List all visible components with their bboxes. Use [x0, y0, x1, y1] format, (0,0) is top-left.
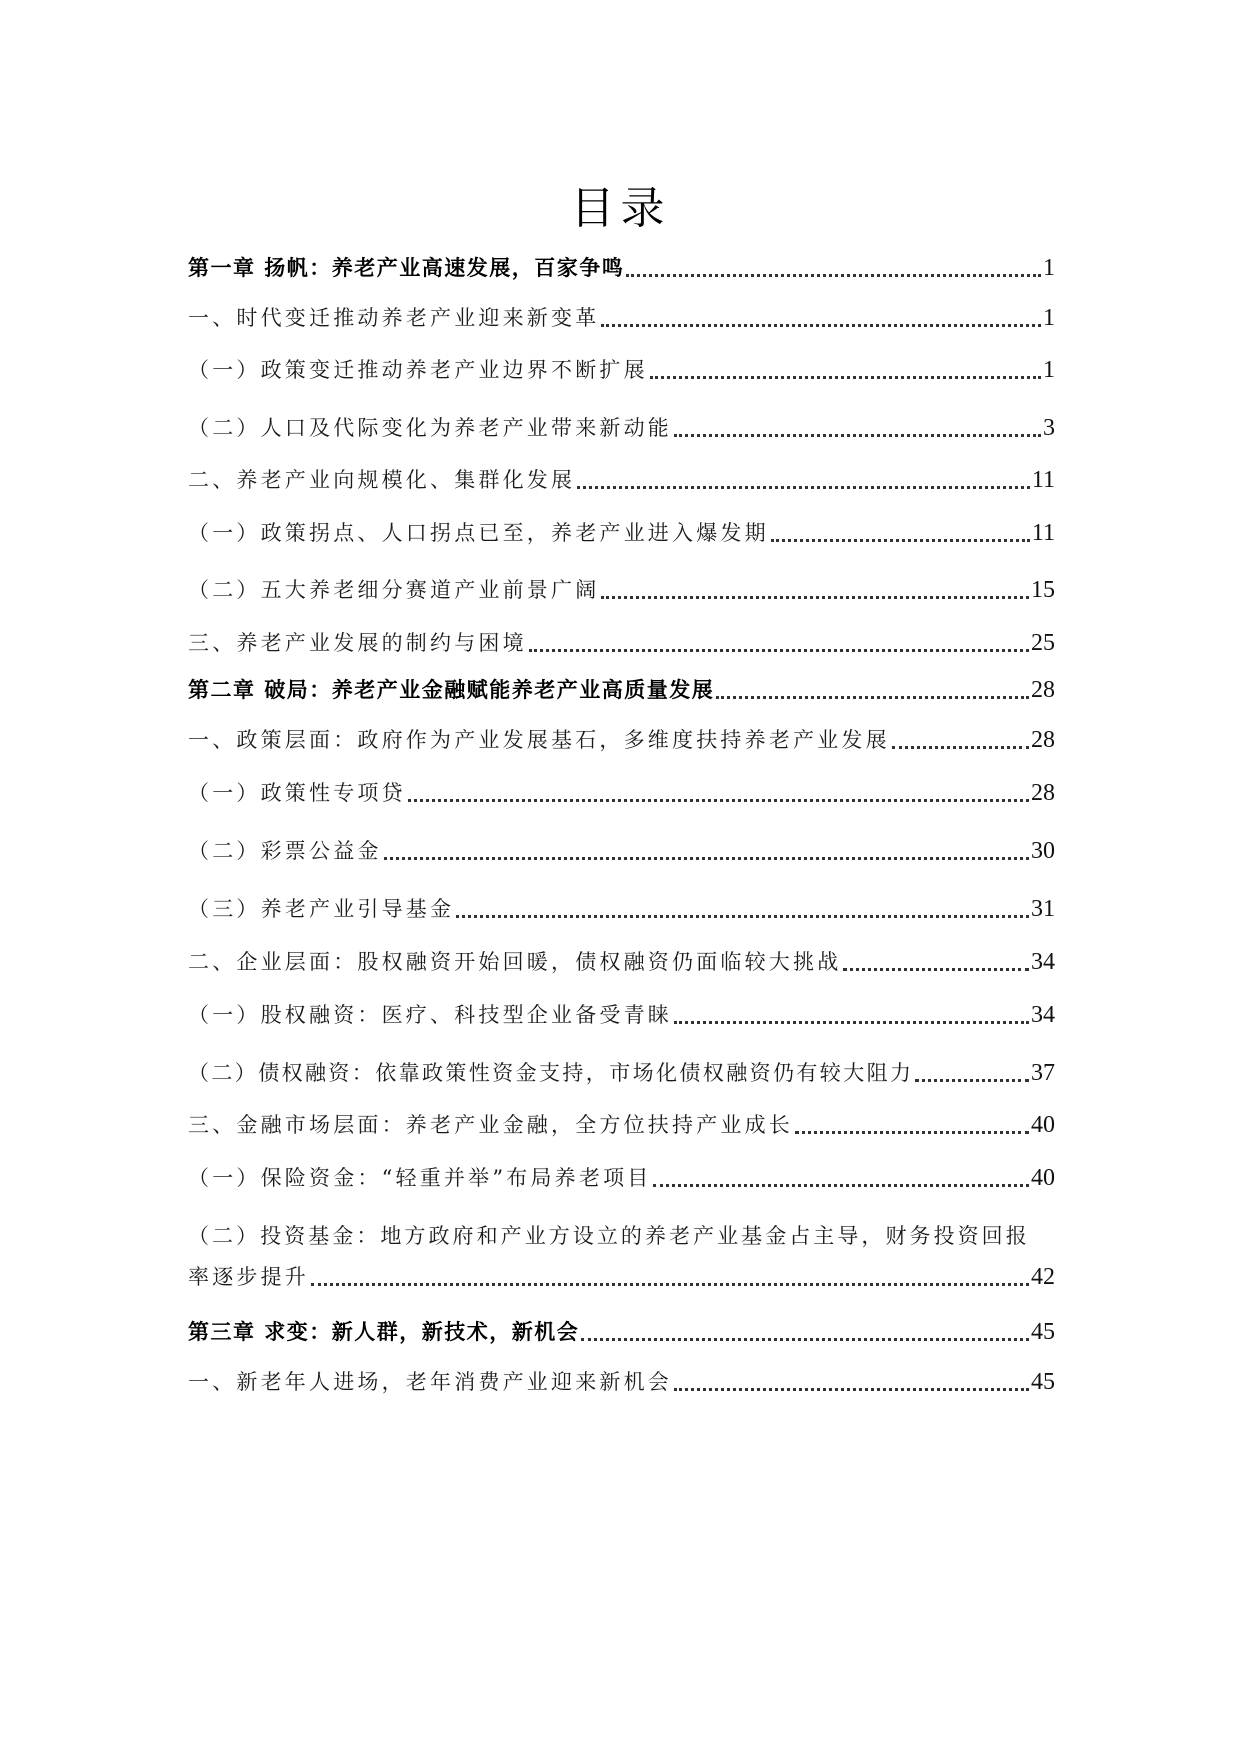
dot-leader — [456, 915, 1029, 918]
toc-entry-section[interactable]: 一、新老年人进场，老年消费产业迎来新机会 45 — [188, 1366, 1055, 1398]
toc-page-number: 34 — [1031, 946, 1055, 978]
toc-entry-label: 一、新老年人进场，老年消费产业迎来新机会 — [188, 1366, 672, 1398]
dot-leader — [650, 376, 1041, 379]
toc-entry-section[interactable]: 一、政策层面：政府作为产业发展基石，多维度扶持养老产业发展 28 — [188, 724, 1055, 756]
toc-entry-label: （一）保险资金：“轻重并举”布局养老项目 — [188, 1162, 651, 1194]
toc-page-number: 3 — [1043, 412, 1055, 444]
toc-entry-subsection[interactable]: （一）政策拐点、人口拐点已至，养老产业进入爆发期 11 — [188, 517, 1055, 549]
toc-page-number: 11 — [1032, 517, 1055, 549]
toc-entry-chapter-2[interactable]: 第二章 破局：养老产业金融赋能养老产业高质量发展 28 — [188, 674, 1055, 706]
toc-entry-label-line2: 率逐步提升 — [188, 1261, 309, 1293]
dot-leader — [771, 539, 1030, 542]
toc-entry-label: 三、养老产业发展的制约与困境 — [188, 627, 527, 659]
toc-page-number: 37 — [1031, 1057, 1055, 1089]
dot-leader — [601, 324, 1041, 327]
toc-entry-label: （一）政策性专项贷 — [188, 777, 406, 809]
document-page: 目录 第一章 扬帆：养老产业高速发展，百家争鸣 1 一、时代变迁推动养老产业迎来… — [0, 0, 1241, 1754]
toc-entry-subsection[interactable]: （一）保险资金：“轻重并举”布局养老项目 40 — [188, 1162, 1055, 1194]
toc-page-number: 15 — [1031, 574, 1055, 606]
toc-page-number: 28 — [1031, 674, 1055, 706]
toc-entry-subsection[interactable]: （二）彩票公益金 30 — [188, 835, 1055, 867]
table-of-contents: 第一章 扬帆：养老产业高速发展，百家争鸣 1 一、时代变迁推动养老产业迎来新变革… — [0, 0, 1241, 1754]
toc-entry-subsection[interactable]: （二）五大养老细分赛道产业前景广阔 15 — [188, 574, 1055, 606]
toc-entry-label: 第三章 求变：新人群，新技术，新机会 — [188, 1316, 579, 1348]
dot-leader — [384, 857, 1029, 860]
dot-leader — [311, 1283, 1029, 1286]
dot-leader — [795, 1131, 1029, 1134]
dot-leader — [581, 1338, 1029, 1341]
dot-leader — [408, 799, 1029, 802]
toc-entry-line2: 率逐步提升 42 — [188, 1261, 1055, 1293]
toc-entry-section[interactable]: 二、企业层面：股权融资开始回暖，债权融资仍面临较大挑战 34 — [188, 946, 1055, 978]
toc-entry-label: （一）政策拐点、人口拐点已至，养老产业进入爆发期 — [188, 517, 769, 549]
toc-entry-label: 二、企业层面：股权融资开始回暖，债权融资仍面临较大挑战 — [188, 946, 841, 978]
toc-page-number: 34 — [1031, 999, 1055, 1031]
dot-leader — [626, 274, 1041, 277]
toc-page-number: 1 — [1043, 354, 1055, 386]
toc-entry-label: 一、时代变迁推动养老产业迎来新变革 — [188, 302, 599, 334]
toc-page-number: 11 — [1032, 464, 1055, 496]
dot-leader — [577, 486, 1030, 489]
toc-entry-section[interactable]: 三、养老产业发展的制约与困境 25 — [188, 627, 1055, 659]
toc-entry-chapter-3[interactable]: 第三章 求变：新人群，新技术，新机会 45 — [188, 1316, 1055, 1348]
toc-entry-section[interactable]: 二、养老产业向规模化、集群化发展 11 — [188, 464, 1055, 496]
toc-page-number: 30 — [1031, 835, 1055, 867]
toc-page-number: 25 — [1031, 627, 1055, 659]
toc-entry-label: （二）人口及代际变化为养老产业带来新动能 — [188, 412, 672, 444]
toc-page-number: 31 — [1031, 893, 1055, 925]
toc-entry-label: （二）债权融资：依靠政策性资金支持，市场化债权融资仍有较大阻力 — [188, 1057, 913, 1089]
toc-entry-label-line1: （二）投资基金：地方政府和产业方设立的养老产业基金占主导，财务投资回报 — [188, 1220, 1055, 1252]
dot-leader — [674, 434, 1041, 437]
dot-leader — [529, 649, 1029, 652]
toc-entry-label: 三、金融市场层面：养老产业金融，全方位扶持产业成长 — [188, 1109, 793, 1141]
toc-entry-label: 一、政策层面：政府作为产业发展基石，多维度扶持养老产业发展 — [188, 724, 890, 756]
toc-entry-label: （二）五大养老细分赛道产业前景广阔 — [188, 574, 599, 606]
dot-leader — [892, 746, 1029, 749]
dot-leader — [653, 1184, 1029, 1187]
toc-entry-subsection[interactable]: （三）养老产业引导基金 31 — [188, 893, 1055, 925]
toc-entry-label: （一）政策变迁推动养老产业边界不断扩展 — [188, 354, 648, 386]
toc-page-number: 40 — [1031, 1109, 1055, 1141]
toc-entry-label: （三）养老产业引导基金 — [188, 893, 454, 925]
toc-entry-label: 第一章 扬帆：养老产业高速发展，百家争鸣 — [188, 252, 624, 284]
dot-leader — [915, 1079, 1029, 1082]
dot-leader — [716, 696, 1029, 699]
toc-page-number: 28 — [1031, 777, 1055, 809]
toc-entry-subsection[interactable]: （二）债权融资：依靠政策性资金支持，市场化债权融资仍有较大阻力 37 — [188, 1057, 1055, 1089]
toc-entry-label: （一）股权融资：医疗、科技型企业备受青睐 — [188, 999, 672, 1031]
toc-page-number: 45 — [1031, 1366, 1055, 1398]
toc-page-number: 45 — [1031, 1316, 1055, 1348]
toc-page-number: 1 — [1043, 302, 1055, 334]
toc-page-number: 1 — [1043, 252, 1055, 284]
toc-page-number: 42 — [1031, 1261, 1055, 1293]
toc-entry-subsection[interactable]: （二）人口及代际变化为养老产业带来新动能 3 — [188, 412, 1055, 444]
toc-entry-label: （二）彩票公益金 — [188, 835, 382, 867]
toc-page-number: 40 — [1031, 1162, 1055, 1194]
toc-entry-subsection[interactable]: （一）政策性专项贷 28 — [188, 777, 1055, 809]
dot-leader — [674, 1388, 1029, 1391]
toc-entry-subsection[interactable]: （一）政策变迁推动养老产业边界不断扩展 1 — [188, 354, 1055, 386]
toc-entry-chapter-1[interactable]: 第一章 扬帆：养老产业高速发展，百家争鸣 1 — [188, 252, 1055, 284]
toc-entry-section[interactable]: 一、时代变迁推动养老产业迎来新变革 1 — [188, 302, 1055, 334]
toc-entry-subsection-wrapped[interactable]: （二）投资基金：地方政府和产业方设立的养老产业基金占主导，财务投资回报 率逐步提… — [188, 1220, 1055, 1293]
toc-entry-section[interactable]: 三、金融市场层面：养老产业金融，全方位扶持产业成长 40 — [188, 1109, 1055, 1141]
toc-entry-label: 第二章 破局：养老产业金融赋能养老产业高质量发展 — [188, 674, 714, 706]
dot-leader — [843, 968, 1029, 971]
dot-leader — [674, 1021, 1029, 1024]
toc-entry-label: 二、养老产业向规模化、集群化发展 — [188, 464, 575, 496]
dot-leader — [601, 596, 1029, 599]
toc-entry-subsection[interactable]: （一）股权融资：医疗、科技型企业备受青睐 34 — [188, 999, 1055, 1031]
toc-page-number: 28 — [1031, 724, 1055, 756]
